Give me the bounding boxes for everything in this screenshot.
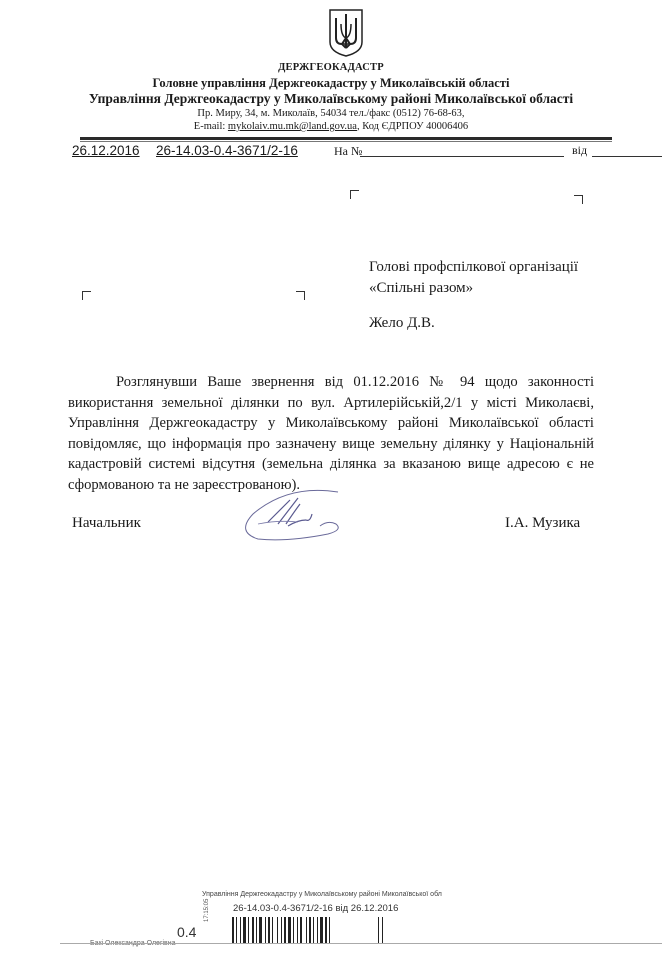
signature-icon — [228, 484, 348, 544]
contacts: E-mail: mykolaiv.mu.mk@land.gov.ua, Код … — [0, 121, 662, 132]
barcode-end-icon — [377, 917, 387, 943]
stamp-registration: 26-14.03-0.4-3671/2-16 від 26.12.2016 — [233, 903, 398, 914]
barcode-icon — [232, 917, 392, 943]
corner-mark — [350, 190, 359, 199]
corner-mark — [574, 195, 583, 204]
stamp-organization: Управління Держгеокадастру у Миколаївськ… — [202, 891, 442, 898]
reference-label: На № — [334, 144, 362, 159]
department: Управління Держгеокадастру у Миколаївськ… — [0, 91, 662, 107]
addressee-name: Жело Д.В. — [369, 315, 435, 332]
email-label: E-mail: — [194, 121, 228, 132]
from-label: від — [572, 143, 587, 158]
letter-body: Розглянувши Ваше звернення від 01.12.201… — [68, 372, 594, 495]
signatory-name: І.А. Музика — [505, 515, 580, 532]
signatory-role: Начальник — [72, 515, 141, 532]
trident-coat-of-arms-icon — [327, 8, 365, 58]
email-link[interactable]: mykolaiv.mu.mk@land.gov.ua — [228, 121, 357, 132]
stamp-time: 17:15:05 — [204, 899, 210, 922]
corner-mark — [82, 291, 91, 300]
agency-name: ДЕРЖГЕОКАДАСТР — [0, 62, 662, 73]
from-blank — [592, 156, 662, 157]
reference-blank — [360, 156, 564, 157]
addressee-organization: «Спільні разом» — [369, 280, 473, 297]
main-department: Головне управління Держгеокадастру у Мик… — [0, 76, 662, 91]
header-rule — [80, 137, 612, 140]
stamp-code: 0.4 — [177, 924, 196, 940]
page-edge — [60, 943, 662, 944]
header-rule-thin — [80, 141, 612, 142]
registration-line: 26.12.2016 26-14.03-0.4-3671/2-16 На № в… — [72, 143, 612, 161]
registration-date: 26.12.2016 — [72, 143, 140, 158]
address: Пр. Миру, 34, м. Миколаїв, 54034 тел./фа… — [0, 108, 662, 119]
registration-number: 26-14.03-0.4-3671/2-16 — [156, 143, 298, 158]
addressee-title: Голові профспілкової організації — [369, 259, 578, 276]
edrpou-code: , Код ЄДРПОУ 40006406 — [357, 121, 468, 132]
corner-mark — [296, 291, 305, 300]
